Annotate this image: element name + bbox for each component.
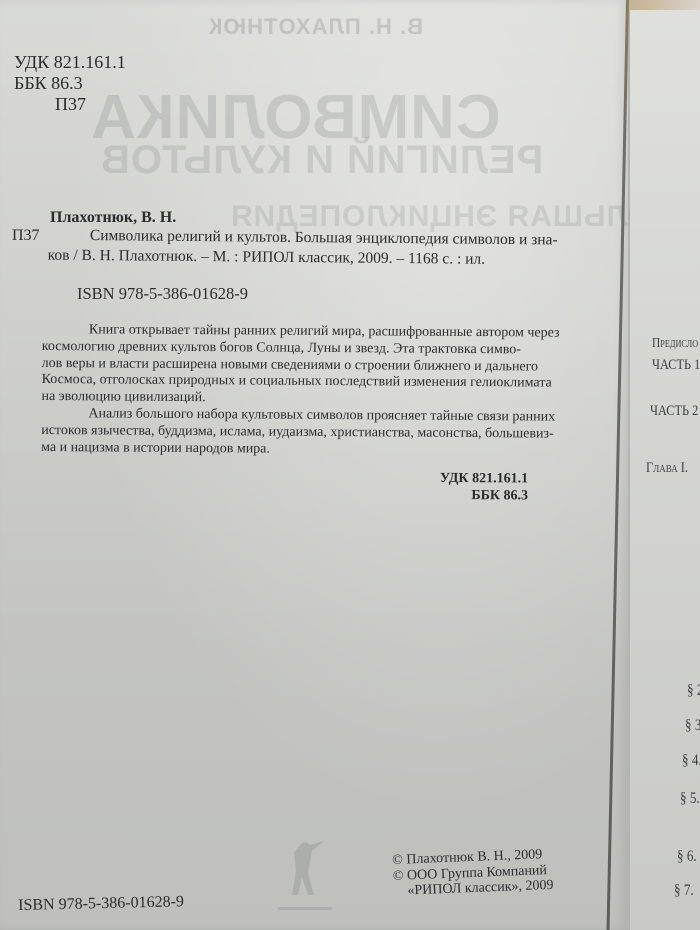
toc-chapter-1: Глава I.	[646, 460, 688, 477]
show-through-subtitle: РЕЛИГИЙ И КУЛЬТОВ	[100, 138, 543, 183]
toc-section: § 2	[687, 682, 700, 700]
toc-section: § 4.	[682, 752, 700, 770]
show-through-author: В. Н. ПЛАХОТНЮК	[208, 14, 423, 40]
bbk-code: ББК 86.3	[14, 73, 126, 94]
udk-code-bottom: УДК 821.161.1	[440, 470, 528, 487]
classification-top: УДК 821.161.1 ББК 86.3 П37	[14, 52, 126, 115]
toc-section: § 7.	[674, 882, 694, 900]
bibliographic-description: Символика религий и культов. Большая энц…	[90, 226, 558, 270]
bib-line-2: ков / В. Н. Плахотнюк. – М. : РИПОЛ клас…	[48, 246, 558, 271]
publisher-logo-icon	[270, 825, 340, 915]
toc-part-2: ЧАСТЬ 2	[650, 403, 698, 420]
toc-section: § 5.	[680, 790, 700, 808]
annotation: Книга открывает тайны ранних религий мир…	[41, 322, 560, 460]
toc-section: § 6.	[677, 848, 697, 866]
bbk-code-bottom: ББК 86.3	[440, 487, 528, 504]
toc-part-1: ЧАСТЬ 1	[652, 357, 700, 374]
copyright-block: © Плахотнюк В. Н., 2009 © ООО Группа Ком…	[392, 847, 554, 900]
author-sign-code: П37	[14, 94, 126, 115]
toc-preface: Предисло	[652, 336, 698, 352]
catalog-author: Плахотнюк, В. Н.	[50, 209, 176, 227]
catalog-index-code: П37	[12, 227, 40, 245]
classification-bottom: УДК 821.161.1 ББК 86.3	[440, 470, 528, 504]
imprint-page: В. Н. ПЛАХОТНЮК СИМВОЛИКА РЕЛИГИЙ И КУЛЬ…	[0, 0, 628, 930]
isbn-catalog: ISBN 978-5-386-01628-9	[77, 284, 248, 304]
isbn-bottom: ISBN 978-5-386-01628-9	[18, 893, 184, 915]
toc-section: § 3	[685, 717, 700, 735]
udk-code: УДК 821.161.1	[14, 52, 126, 73]
